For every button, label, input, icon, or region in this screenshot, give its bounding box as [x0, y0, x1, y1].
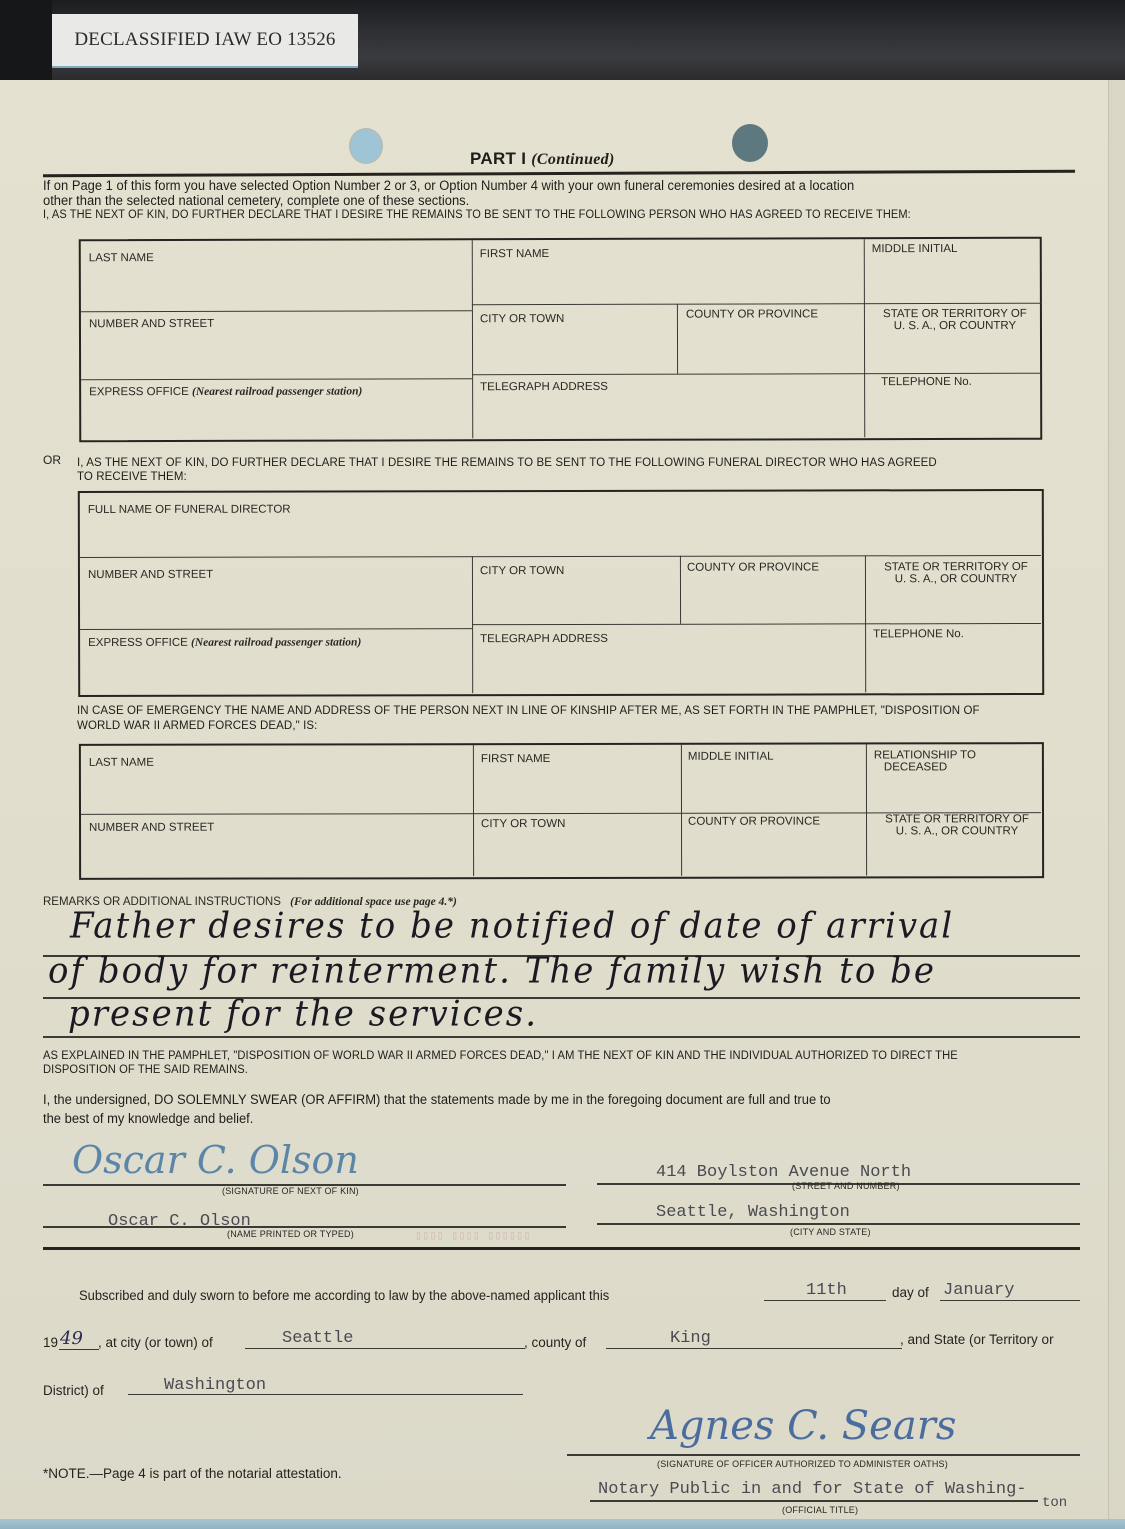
section-divider — [43, 1247, 1080, 1250]
funeral-director-declaration: I, AS THE NEXT OF KIN, DO FURTHER DECLAR… — [77, 456, 1057, 484]
state-label: , and State (or Territory or — [900, 1332, 1054, 1347]
director-telephone-field[interactable]: TELEPHONE No. — [873, 628, 964, 640]
district-label: District) of — [43, 1383, 104, 1398]
year-prefix: 19 — [43, 1335, 58, 1350]
sworn-month[interactable]: January — [943, 1281, 1014, 1300]
city-state-caption: (CITY AND STATE) — [790, 1227, 871, 1237]
city-state-value[interactable]: Seattle, Washington — [656, 1203, 850, 1222]
emergency-city-or-town-field[interactable]: CITY OR TOWN — [481, 818, 565, 830]
remarks-handwritten-line-2[interactable]: of body for reinterment. The family wish… — [48, 950, 936, 992]
sworn-city[interactable]: Seattle — [282, 1329, 353, 1348]
day-of-label: day of — [892, 1285, 929, 1300]
at-city-label: , at city (or town) of — [98, 1335, 213, 1350]
director-express-office-field[interactable]: EXPRESS OFFICE (Nearest railroad passeng… — [88, 636, 361, 649]
sworn-county[interactable]: King — [670, 1329, 711, 1348]
remarks-handwritten-line-3[interactable]: present for the services. — [68, 993, 538, 1035]
last-name-field[interactable]: LAST NAME — [89, 252, 154, 264]
emergency-contact-form: LAST NAME FIRST NAME MIDDLE INITIAL RELA… — [79, 742, 1044, 880]
number-and-street-field[interactable]: NUMBER AND STREET — [89, 318, 214, 330]
recipient-declaration: I, AS THE NEXT OF KIN, DO FURTHER DECLAR… — [43, 208, 1041, 223]
page-subtitle: (Continued) — [531, 151, 614, 168]
county-or-province-field[interactable]: COUNTY OR PROVINCE — [686, 308, 818, 320]
officer-signature[interactable]: Agnes C. Sears — [650, 1403, 956, 1449]
emergency-contact-intro: IN CASE OF EMERGENCY THE NAME AND ADDRES… — [77, 704, 1057, 734]
faint-stamp: ▯▯▯▯ ▯▯▯▯ ▯▯▯▯▯▯ — [415, 1228, 531, 1243]
notarial-note: *NOTE.—Page 4 is part of the notarial at… — [43, 1466, 342, 1481]
middle-initial-field[interactable]: MIDDLE INITIAL — [872, 243, 958, 255]
intro-instructions: If on Page 1 of this form you have selec… — [43, 178, 1041, 223]
emergency-middle-initial-field[interactable]: MIDDLE INITIAL — [688, 751, 774, 763]
sworn-state[interactable]: Washington — [164, 1376, 266, 1395]
funeral-director-form: FULL NAME OF FUNERAL DIRECTOR NUMBER AND… — [78, 489, 1044, 697]
director-state-or-country-field[interactable]: STATE OR TERRITORY OF U. S. A., OR COUNT… — [870, 561, 1042, 585]
street-caption: (STREET AND NUMBER) — [792, 1181, 900, 1191]
signature-caption: (SIGNATURE OF NEXT OF KIN) — [222, 1186, 359, 1196]
city-or-town-field[interactable]: CITY OR TOWN — [480, 313, 564, 325]
state-or-country-field[interactable]: STATE OR TERRITORY OF U. S. A., OR COUNT… — [869, 308, 1041, 332]
director-number-and-street-field[interactable]: NUMBER AND STREET — [88, 569, 213, 581]
declassified-label: DECLASSIFIED IAW EO 13526 — [52, 14, 358, 68]
telephone-field[interactable]: TELEPHONE No. — [881, 376, 972, 388]
relationship-to-deceased-field[interactable]: RELATIONSHIP TO DECEASED — [874, 749, 976, 773]
emergency-state-or-country-field[interactable]: STATE OR TERRITORY OF U. S. A., OR COUNT… — [871, 813, 1043, 837]
punch-hole-icon — [349, 128, 383, 164]
or-label: OR — [43, 453, 61, 467]
emergency-number-and-street-field[interactable]: NUMBER AND STREET — [89, 822, 214, 834]
oath-statement: I, the undersigned, DO SOLEMNLY SWEAR (O… — [43, 1090, 1046, 1128]
director-telegraph-address-field[interactable]: TELEGRAPH ADDRESS — [480, 633, 608, 645]
street-value[interactable]: 414 Boylston Avenue North — [656, 1163, 911, 1182]
county-label: , county of — [524, 1335, 586, 1350]
first-name-field[interactable]: FIRST NAME — [480, 248, 549, 260]
punch-hole-icon — [732, 124, 768, 162]
director-county-or-province-field[interactable]: COUNTY OR PROVINCE — [687, 561, 819, 573]
official-title-continued: ton — [1042, 1495, 1067, 1511]
remarks-handwritten-line-1[interactable]: Father desires to be notified of date of… — [70, 905, 954, 947]
sworn-statement: Subscribed and duly sworn to before me a… — [79, 1288, 609, 1303]
emergency-first-name-field[interactable]: FIRST NAME — [481, 753, 550, 765]
express-office-field[interactable]: EXPRESS OFFICE (Nearest railroad passeng… — [89, 386, 362, 399]
recipient-person-form: LAST NAME FIRST NAME MIDDLE INITIAL NUMB… — [79, 237, 1043, 443]
page-title: PART I (Continued) — [470, 149, 615, 169]
sworn-day[interactable]: 11th — [806, 1281, 847, 1300]
telegraph-address-field[interactable]: TELEGRAPH ADDRESS — [480, 381, 608, 393]
funeral-director-name-field[interactable]: FULL NAME OF FUNERAL DIRECTOR — [88, 504, 291, 516]
officer-signature-caption: (SIGNATURE OF OFFICER AUTHORIZED TO ADMI… — [657, 1459, 948, 1469]
official-title-caption: (OFFICIAL TITLE) — [782, 1505, 858, 1515]
year-suffix[interactable]: 49 — [60, 1328, 83, 1349]
authorization-statement: AS EXPLAINED IN THE PAMPHLET, "DISPOSITI… — [43, 1049, 1062, 1077]
printed-name-caption: (NAME PRINTED OR TYPED) — [227, 1229, 354, 1239]
director-city-or-town-field[interactable]: CITY OR TOWN — [480, 565, 564, 577]
next-of-kin-signature[interactable]: Oscar C. Olson — [72, 1138, 359, 1182]
emergency-last-name-field[interactable]: LAST NAME — [89, 757, 154, 769]
emergency-county-or-province-field[interactable]: COUNTY OR PROVINCE — [688, 816, 820, 828]
official-title-value[interactable]: Notary Public in and for State of Washin… — [598, 1480, 1026, 1499]
